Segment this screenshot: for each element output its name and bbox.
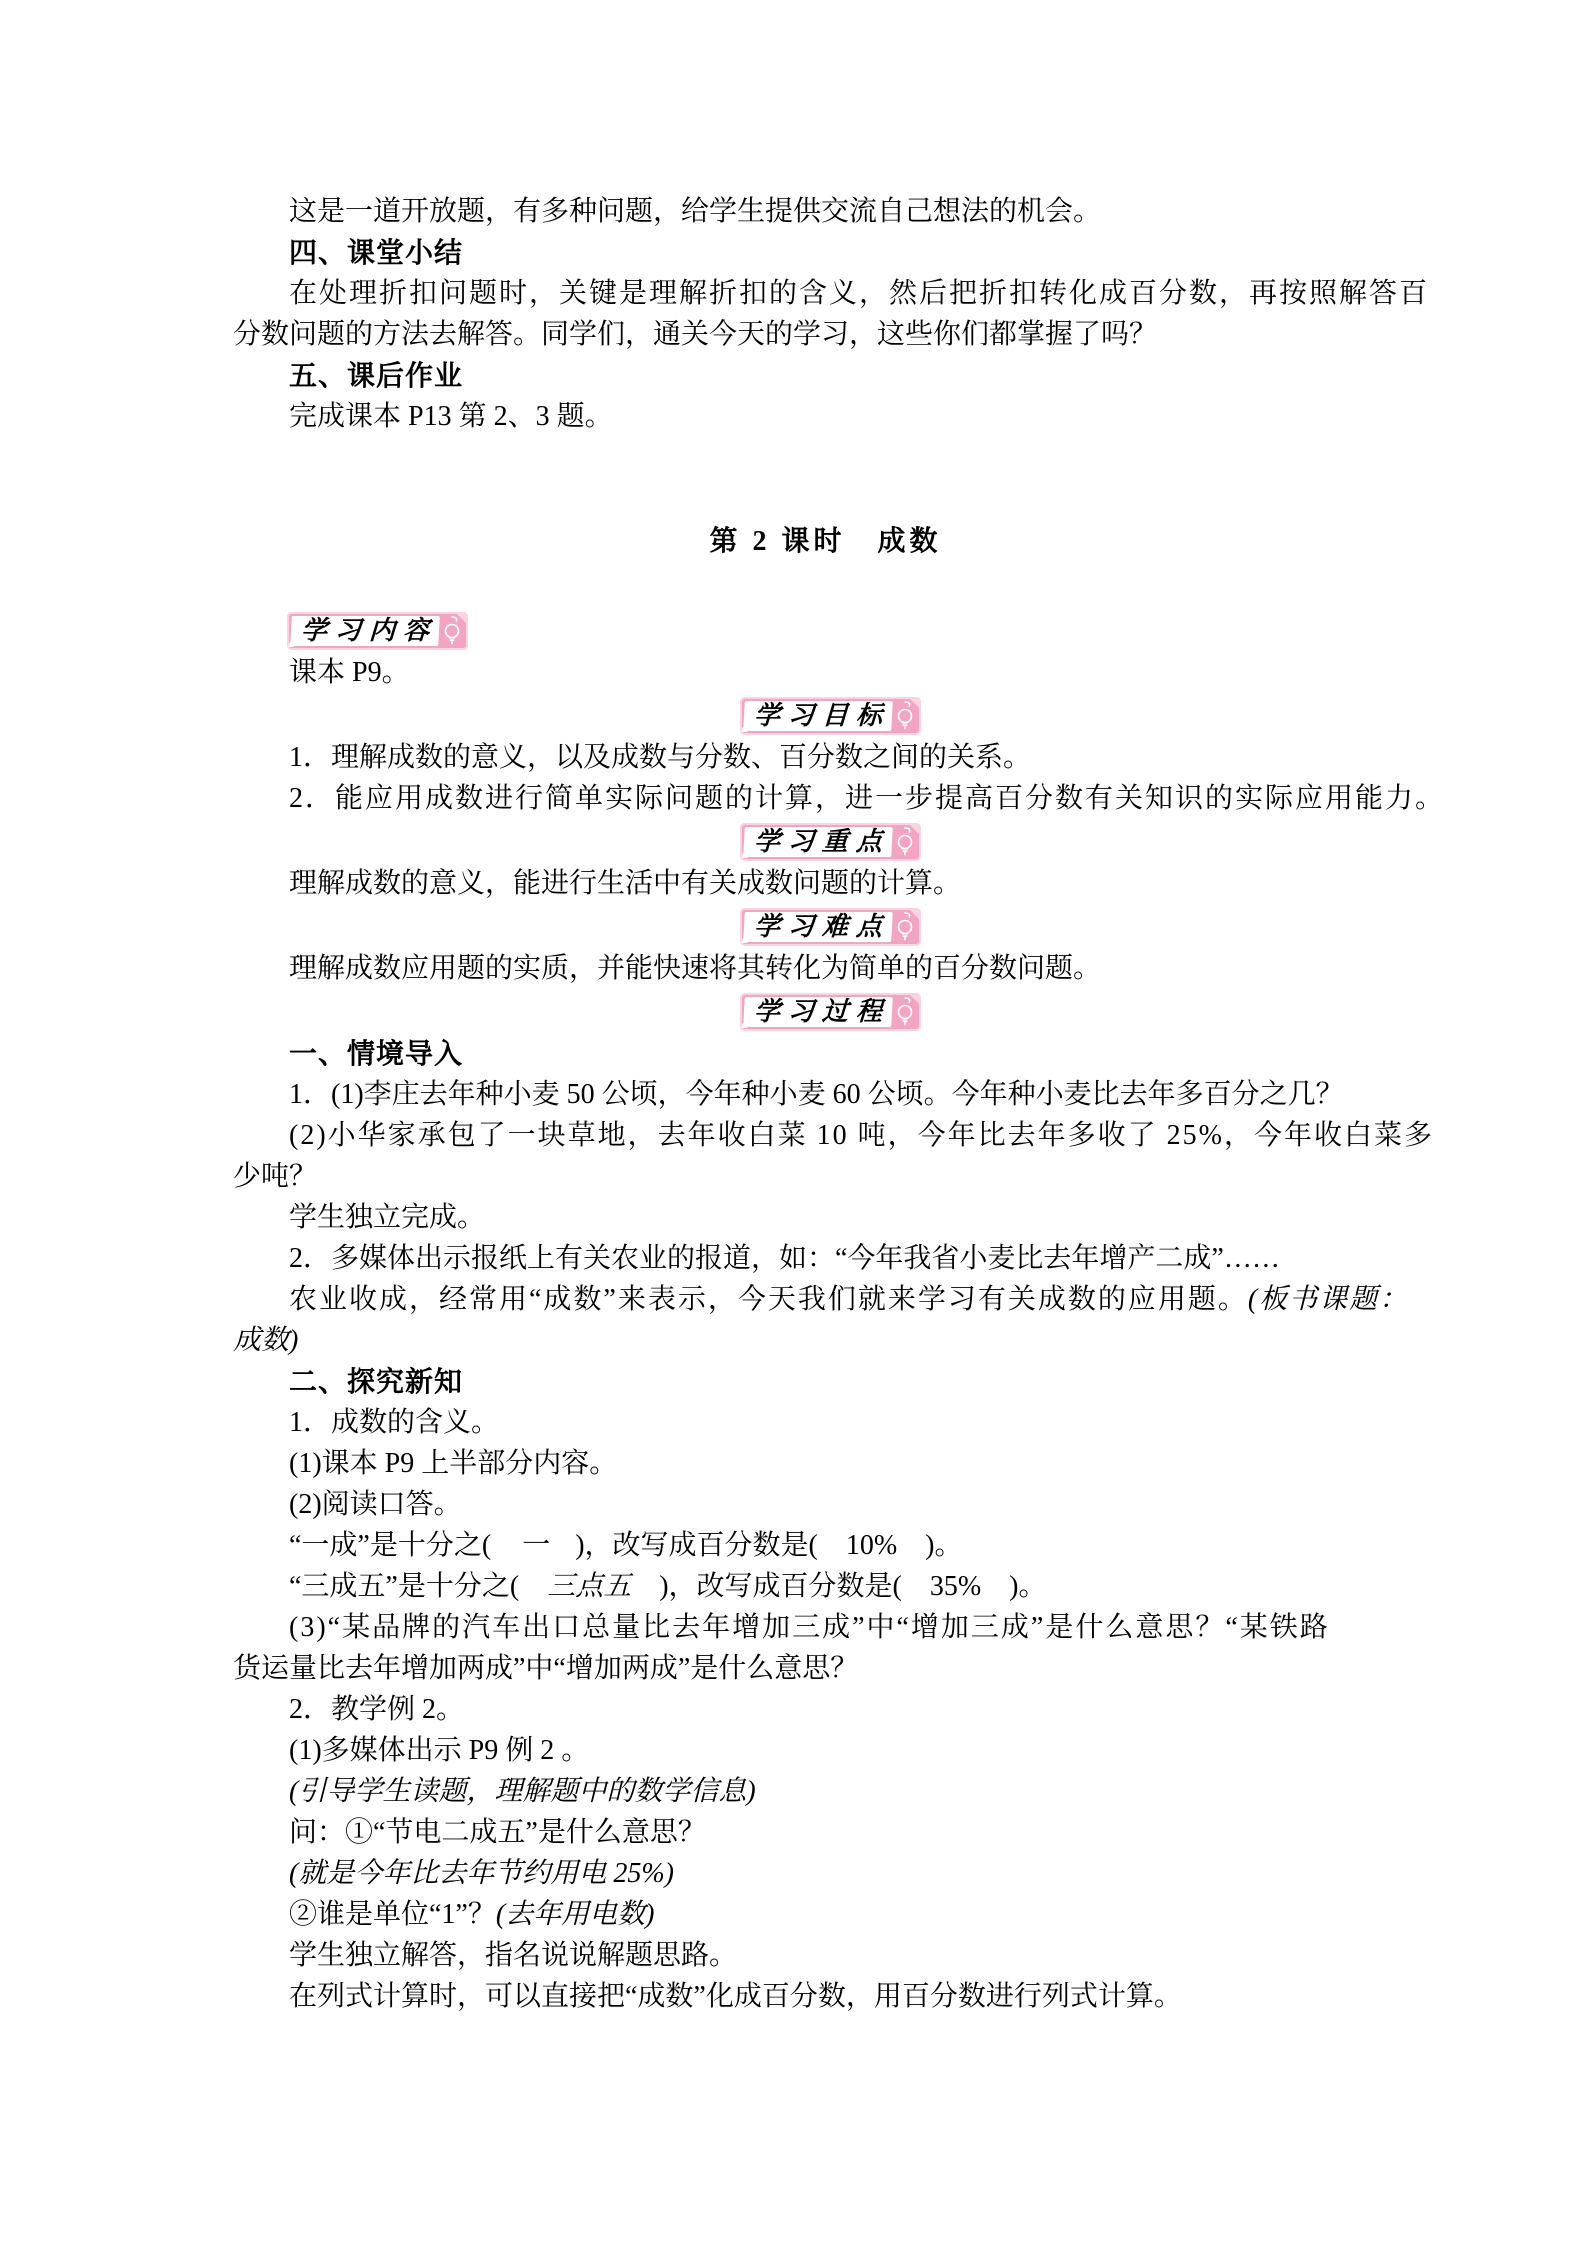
- text-segment: (1)多媒体出示 P9 例 2 。: [289, 1735, 589, 1766]
- text-segment: 1．成数的含义。: [289, 1407, 499, 1438]
- text-segment: 问：①“节电二成五”是什么意思？: [289, 1817, 706, 1848]
- text-line: ②谁是单位“1”？(去年用电数): [233, 1894, 1348, 1935]
- tag-label: 学习重点: [743, 827, 893, 857]
- text-line: 学生独立解答，指名说说解题思路。: [233, 1935, 1348, 1976]
- text-segment: 2．能应用成数进行简单实际问题的计算，进一步提高百分数有关知识的实际应用能力。: [289, 783, 1445, 814]
- tag-row: 学习重点: [273, 823, 1388, 861]
- text-line: “一成”是十分之( 一 )，改写成百分数是( 10% )。: [233, 1525, 1348, 1566]
- kai-note-segment: 成数): [233, 1325, 298, 1356]
- text-line: (就是今年比去年节约用电 25%): [233, 1853, 1348, 1894]
- text-segment: (3)“某品牌的汽车出口总量比去年增加三成”中“增加三成”是什么意思？“某铁路: [289, 1612, 1330, 1643]
- tag-label: 学习过程: [743, 997, 893, 1027]
- text-segment: 课本 P9。: [289, 657, 410, 688]
- section-heading: 二、探究新知: [233, 1361, 1348, 1402]
- text-line: 1．成数的含义。: [233, 1402, 1348, 1443]
- tag-label: 学习目标: [743, 701, 893, 731]
- kai-note-segment: (板书课题：: [1248, 1284, 1409, 1315]
- text-line: (1)课本 P9 上半部分内容。: [233, 1443, 1348, 1484]
- text-segment: 四、课堂小结: [289, 237, 463, 268]
- text-segment: ②谁是单位“1”？: [289, 1899, 496, 1930]
- text-line: (1)多媒体出示 P9 例 2 。: [233, 1730, 1348, 1771]
- text-segment: “一成”是十分之(: [289, 1530, 519, 1561]
- text-line: 理解成数的意义，能进行生活中有关成数问题的计算。: [233, 863, 1348, 904]
- text-line: (引导学生读题，理解题中的数学信息): [233, 1771, 1348, 1812]
- text-segment: (1)课本 P9 上半部分内容。: [289, 1448, 617, 1479]
- text-segment: 理解成数的意义，能进行生活中有关成数问题的计算。: [289, 868, 961, 899]
- text-line: 少吨？: [233, 1156, 1348, 1197]
- text-segment: 农业收成，经常用“成数”来表示，今天我们就来学习有关成数的应用题。: [289, 1284, 1248, 1315]
- text-line: 这是一道开放题，有多种问题，给学生提供交流自己想法的机会。: [233, 191, 1348, 232]
- text-line: 2．能应用成数进行简单实际问题的计算，进一步提高百分数有关知识的实际应用能力。: [233, 778, 1348, 819]
- text-segment: “三成五”是十分之(: [289, 1571, 547, 1602]
- text-line: 成数): [233, 1320, 1348, 1361]
- text-line: 农业收成，经常用“成数”来表示，今天我们就来学习有关成数的应用题。(板书课题：: [233, 1279, 1348, 1320]
- tag-label: 学习难点: [743, 912, 893, 942]
- text-segment: 五、课后作业: [289, 360, 463, 391]
- text-line: 分数问题的方法去解答。同学们，通关今天的学习，这些你们都掌握了吗？: [233, 314, 1348, 355]
- lightbulb-icon: [892, 700, 918, 732]
- section-heading: 一、情境导入: [233, 1033, 1348, 1074]
- text-segment: 2．教学例 2。: [289, 1694, 464, 1725]
- kai-note-segment: (就是今年比去年节约用电 25%): [289, 1858, 674, 1889]
- document-body: 这是一道开放题，有多种问题，给学生提供交流自己想法的机会。四、课堂小结在处理折扣…: [233, 191, 1348, 2017]
- study-content-tag: 学习内容: [287, 612, 468, 650]
- text-line: 2．多媒体出示报纸上有关农业的报道，如：“今年我省小麦比去年增产二成”……: [233, 1238, 1348, 1279]
- text-line: 在列式计算时，可以直接把“成数”化成百分数，用百分数进行列式计算。: [233, 1976, 1348, 2017]
- text-segment: 一、情境导入: [289, 1038, 463, 1069]
- study-focus-tag: 学习重点: [740, 823, 921, 861]
- text-line: 在处理折扣问题时，关键是理解折扣的含义，然后把折扣转化成百分数，再按照解答百: [233, 273, 1348, 314]
- kai-note-segment: (引导学生读题，理解题中的数学信息): [289, 1776, 756, 1807]
- text-line: 问：①“节电二成五”是什么意思？: [233, 1812, 1348, 1853]
- text-segment: 完成课本 P13 第 2、3 题。: [289, 401, 613, 432]
- kai-note-segment: 一: [519, 1530, 547, 1561]
- text-line: 完成课本 P13 第 2、3 题。: [233, 396, 1348, 437]
- text-segment: 这是一道开放题，有多种问题，给学生提供交流自己想法的机会。: [289, 196, 1101, 227]
- text-line: (3)“某品牌的汽车出口总量比去年增加三成”中“增加三成”是什么意思？“某铁路: [233, 1607, 1348, 1648]
- text-line: (2)小华家承包了一块草地，去年收白菜 10 吨，今年比去年多收了 25%，今年…: [233, 1115, 1348, 1156]
- lightbulb-icon: [892, 826, 918, 858]
- lesson-title: 第 2 课时 成数: [709, 526, 941, 557]
- text-line: 理解成数应用题的实质，并能快速将其转化为简单的百分数问题。: [233, 948, 1348, 989]
- text-line: (2)阅读口答。: [233, 1484, 1348, 1525]
- text-segment: 货运量比去年增加两成”中“增加两成”是什么意思？: [233, 1653, 858, 1684]
- tag-row: 学习难点: [273, 908, 1388, 946]
- text-line: 2．教学例 2。: [233, 1689, 1348, 1730]
- tag-row: 学习目标: [273, 697, 1388, 735]
- text-segment: 在处理折扣问题时，关键是理解折扣的含义，然后把折扣转化成百分数，再按照解答百: [289, 278, 1429, 309]
- text-segment: 理解成数应用题的实质，并能快速将其转化为简单的百分数问题。: [289, 953, 1101, 984]
- text-segment: (2)小华家承包了一块草地，去年收白菜 10 吨，今年比去年多收了 25%，今年…: [289, 1120, 1434, 1151]
- text-segment: 在列式计算时，可以直接把“成数”化成百分数，用百分数进行列式计算。: [289, 1981, 1182, 2012]
- text-line: “三成五”是十分之( 三点五 )，改写成百分数是( 35% )。: [233, 1566, 1348, 1607]
- tag-row: 学习内容: [233, 612, 1348, 650]
- text-segment: 1．理解成数的意义，以及成数与分数、百分数之间的关系。: [289, 742, 1031, 773]
- study-process-tag: 学习过程: [740, 993, 921, 1031]
- document-page: 这是一道开放题，有多种问题，给学生提供交流自己想法的机会。四、课堂小结在处理折扣…: [0, 0, 1587, 2245]
- text-line: 学生独立完成。: [233, 1197, 1348, 1238]
- text-line: 课本 P9。: [233, 652, 1348, 693]
- text-segment: 1．(1)李庄去年种小麦 50 公顷，今年种小麦 60 公顷。今年种小麦比去年多…: [289, 1079, 1344, 1110]
- tag-label: 学习内容: [290, 616, 440, 646]
- text-segment: 学生独立解答，指名说说解题思路。: [289, 1940, 737, 1971]
- text-line: 货运量比去年增加两成”中“增加两成”是什么意思？: [233, 1648, 1348, 1689]
- text-segment: )，改写成百分数是( 10% )。: [547, 1530, 962, 1561]
- text-segment: 二、探究新知: [289, 1366, 463, 1397]
- text-segment: )，改写成百分数是( 35% )。: [631, 1571, 1046, 1602]
- kai-note-segment: (去年用电数): [496, 1899, 655, 1930]
- section-heading: 四、课堂小结: [233, 232, 1348, 273]
- text-line: 1．理解成数的意义，以及成数与分数、百分数之间的关系。: [233, 737, 1348, 778]
- kai-note-segment: 三点五: [547, 1571, 631, 1602]
- text-segment: (2)阅读口答。: [289, 1489, 462, 1520]
- study-goals-tag: 学习目标: [740, 697, 921, 735]
- lightbulb-icon: [892, 911, 918, 943]
- section-heading: 五、课后作业: [233, 355, 1348, 396]
- lightbulb-icon: [439, 615, 465, 647]
- text-line: 1．(1)李庄去年种小麦 50 公顷，今年种小麦 60 公顷。今年种小麦比去年多…: [233, 1074, 1348, 1115]
- study-difficulty-tag: 学习难点: [740, 908, 921, 946]
- text-segment: 2．多媒体出示报纸上有关农业的报道，如：“今年我省小麦比去年增产二成”……: [289, 1243, 1280, 1274]
- tag-row: 学习过程: [273, 993, 1388, 1031]
- text-segment: 少吨？: [233, 1161, 317, 1192]
- text-segment: 分数问题的方法去解答。同学们，通关今天的学习，这些你们都掌握了吗？: [233, 319, 1157, 350]
- title-row: 第 2 课时 成数: [268, 521, 1383, 562]
- text-segment: 学生独立完成。: [289, 1202, 485, 1233]
- lightbulb-icon: [892, 996, 918, 1028]
